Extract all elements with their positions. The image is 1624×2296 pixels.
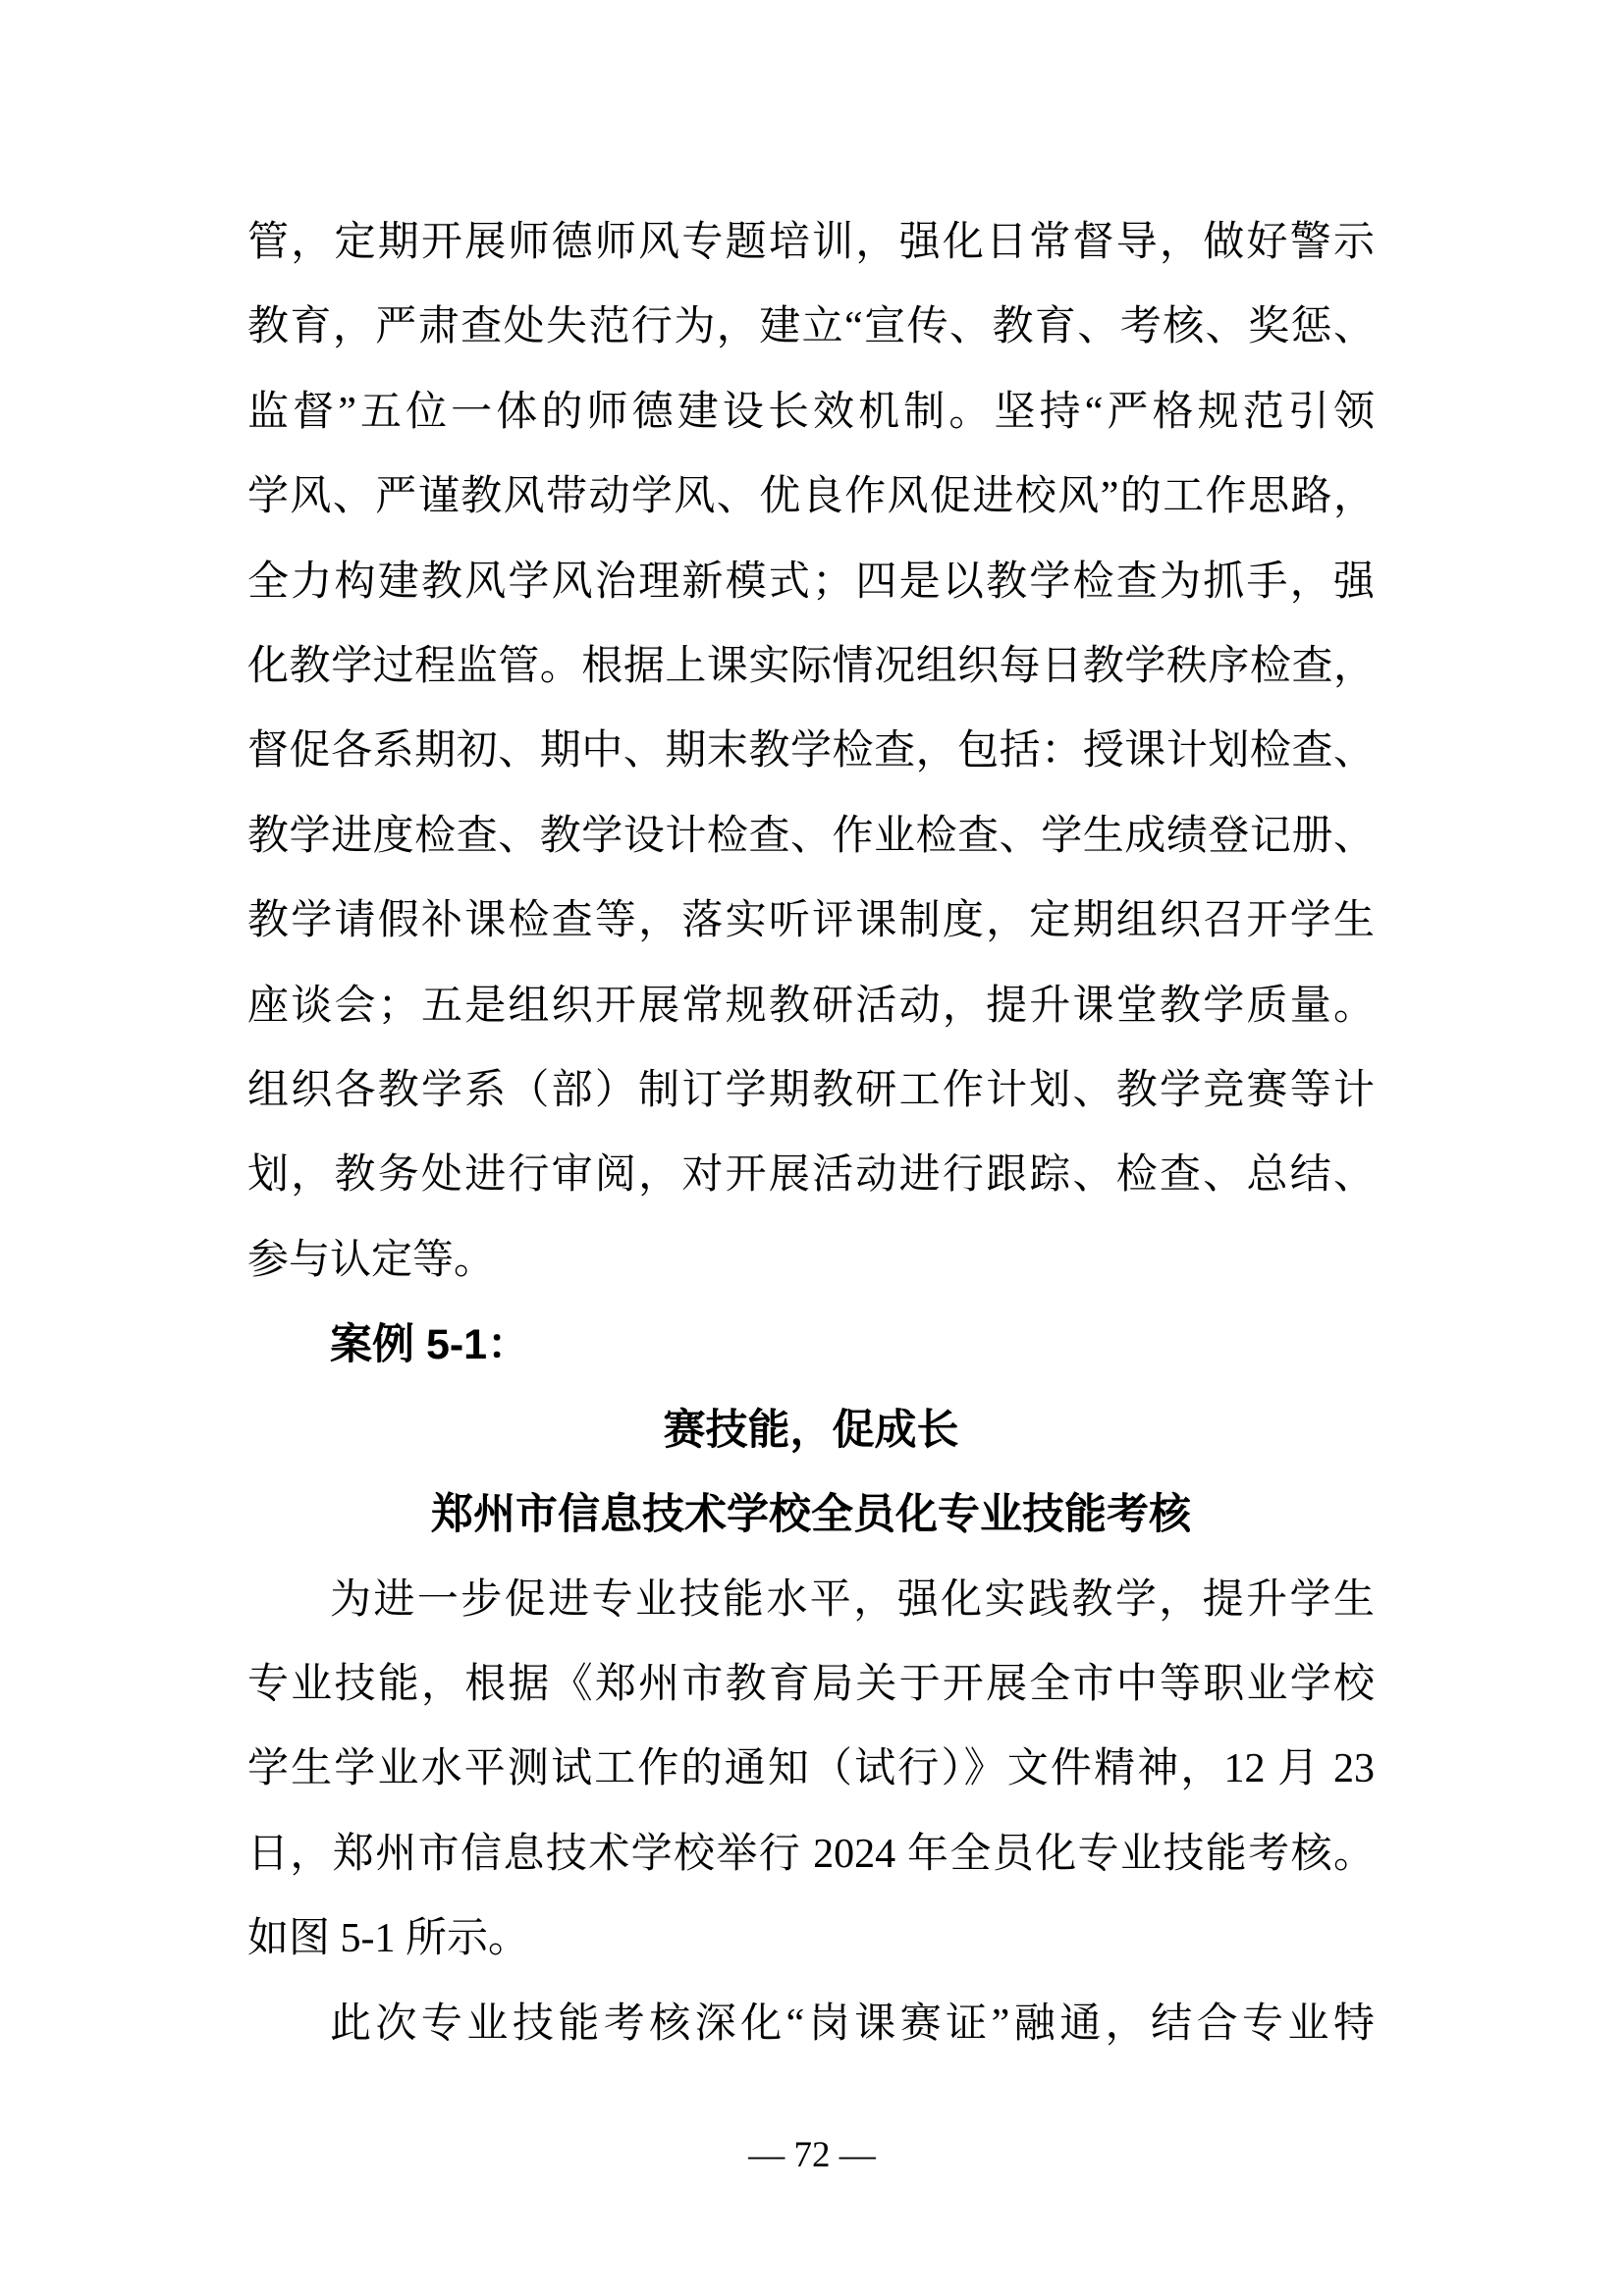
case-section: 案例 5-1： 赛技能，促成长 郑州市信息技术学校全员化专业技能考核	[247, 1303, 1375, 1557]
body-line: 管，定期开展师德师风专题培训，强化日常督导，做好警示	[247, 200, 1375, 285]
body-line: 全力构建教风学风治理新模式；四是以教学检查为抓手，强	[247, 540, 1375, 624]
paragraph-detail: 此次专业技能考核深化“岗课赛证”融通，结合专业特	[247, 1982, 1375, 2066]
body-line: 为进一步促进专业技能水平，强化实践教学，提升学生	[247, 1558, 1375, 1642]
paragraph-intro: 为进一步促进专业技能水平，强化实践教学，提升学生 专业技能，根据《郑州市教育局关…	[247, 1558, 1375, 1982]
body-line: 组织各教学系（部）制订学期教研工作计划、教学竞赛等计	[247, 1048, 1375, 1133]
body-line: 专业技能，根据《郑州市教育局关于开展全市中等职业学校	[247, 1642, 1375, 1727]
body-line: 参与认定等。	[247, 1218, 1375, 1303]
paragraph-continued: 管，定期开展师德师风专题培训，强化日常督导，做好警示 教育，严肃查处失范行为，建…	[247, 200, 1375, 1303]
body-line: 化教学过程监管。根据上课实际情况组织每日教学秩序检查，	[247, 624, 1375, 709]
case-title: 赛技能，促成长	[247, 1388, 1375, 1472]
case-subtitle: 郑州市信息技术学校全员化专业技能考核	[247, 1472, 1375, 1557]
body-line: 日，郑州市信息技术学校举行 2024 年全员化专业技能考核。	[247, 1812, 1375, 1896]
body-line: 座谈会；五是组织开展常规教研活动，提升课堂教学质量。	[247, 964, 1375, 1048]
document-page: 管，定期开展师德师风专题培训，强化日常督导，做好警示 教育，严肃查处失范行为，建…	[0, 0, 1624, 2296]
body-line: 教学进度检查、教学设计检查、作业检查、学生成绩登记册、	[247, 794, 1375, 879]
body-line: 如图 5-1 所示。	[247, 1896, 1375, 1981]
body-line: 督促各系期初、期中、期末教学检查，包括：授课计划检查、	[247, 709, 1375, 793]
body-line: 此次专业技能考核深化“岗课赛证”融通，结合专业特	[247, 1982, 1375, 2066]
case-label: 案例 5-1：	[247, 1303, 1375, 1387]
body-line: 划，教务处进行审阅，对开展活动进行跟踪、检查、总结、	[247, 1133, 1375, 1217]
body-line: 教育，严肃查处失范行为，建立“宣传、教育、考核、奖惩、	[247, 285, 1375, 369]
body-line: 学风、严谨教风带动学风、优良作风促进校风”的工作思路，	[247, 454, 1375, 539]
body-line: 教学请假补课检查等，落实听评课制度，定期组织召开学生	[247, 879, 1375, 963]
body-line: 监督”五位一体的师德建设长效机制。坚持“严格规范引领	[247, 370, 1375, 454]
page-number: — 72 —	[0, 2130, 1624, 2181]
page-body: 管，定期开展师德师风专题培训，强化日常督导，做好警示 教育，严肃查处失范行为，建…	[247, 200, 1375, 2066]
body-line: 学生学业水平测试工作的通知（试行）》文件精神，12 月 23	[247, 1727, 1375, 1811]
